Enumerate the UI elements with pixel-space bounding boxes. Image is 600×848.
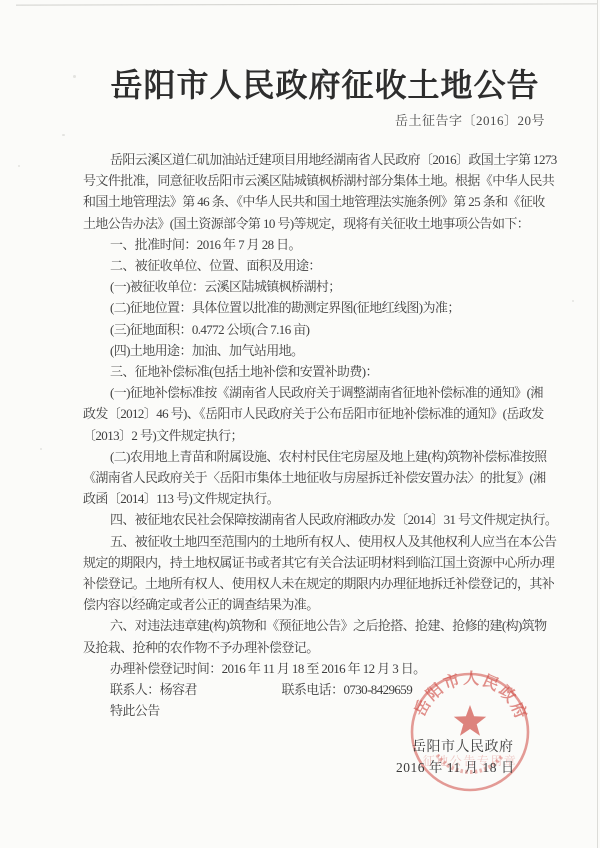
body-line: 《湖南省人民政府关于〈岳阳市集体土地征收与房屋拆迁补偿安置办法〉的批复》(湘 — [83, 467, 553, 488]
body-line: 〔2013〕2 号)文件规定执行； — [83, 425, 553, 446]
body-line: 政发〔2012〕46 号)、《岳阳市人民政府关于公布岳阳市征地补偿标准的通知》(… — [83, 403, 553, 424]
contact-person: 联系人：杨容君 — [110, 682, 197, 697]
government-seal: 岳阳市人民政府 征地公告专用章 — [404, 666, 536, 798]
body-line: 五、被征收土地四至范围内的土地所有权人、使用权人及其他权利人应当在本公告 — [83, 531, 553, 552]
body-line: 三、征地补偿标准(包括土地补偿和安置补助费)： — [83, 361, 553, 382]
document-number: 岳土征告字〔2016〕20号 — [0, 110, 600, 129]
body-line: (三)征地面积：0.4772 公顷(合 7.16 亩) — [83, 319, 553, 340]
body-line: 规定的期限内，持土地权属证书或者其它有关合法证明材料到临江国土资源中心所办理 — [83, 552, 553, 573]
announcement-body: 岳阳云溪区道仁矶加油站迁建项目用地经湖南省人民政府〔2016〕政国土字第 127… — [83, 149, 553, 721]
announcement-page: 岳阳市人民政府征收土地公告 岳土征告字〔2016〕20号 岳阳云溪区道仁矶加油站… — [0, 0, 600, 848]
body-line: (二)农用地上青苗和附属设施、农村村民住宅房屋及地上建(构)筑物补偿标准按照 — [83, 446, 553, 467]
scan-speck — [572, 300, 574, 302]
body-line: 及抢栽、抢种的农作物不予办理补偿登记。 — [83, 637, 553, 658]
body-line: (一)征地补偿标准按《湖南省人民政府关于调整湖南省征地补偿标准的通知》(湘 — [83, 382, 553, 403]
scan-speck — [18, 165, 20, 167]
body-line: (四)土地用途：加油、加气站用地。 — [83, 340, 553, 361]
body-line: 四、被征地农民社会保障按湖南省人民政府湘政办发〔2014〕31 号文件规定执行。 — [83, 509, 553, 530]
body-line: 补偿登记。土地所有权人、使用权人未在规定的期限内办理征地拆迁补偿登记的，其补 — [83, 573, 553, 594]
body-line: 政函〔2014〕113 号)文件规定执行。 — [83, 488, 553, 509]
body-line: (一)被征收单位：云溪区陆城镇枫桥湖村； — [83, 276, 553, 297]
body-line: 岳阳云溪区道仁矶加油站迁建项目用地经湖南省人民政府〔2016〕政国土字第 127… — [83, 149, 553, 170]
body-line: 六、对违法违章建(构)筑物和《预征地公告》之后抢搭、抢建、抢修的建(构)筑物 — [83, 615, 553, 636]
body-line: 一、批准时间：2016 年 7 月 28 日。 — [83, 234, 553, 255]
body-line: 二、被征收单位、位置、面积及用途： — [83, 255, 553, 276]
signature-issuer: 岳阳市人民政府 — [412, 736, 514, 756]
body-line: 和国土地管理法》第 46 条、《中华人民共和国土地管理法实施条例》第 25 条和… — [83, 191, 553, 212]
scan-speck — [40, 448, 42, 450]
signature-date: 2016 年 11 月 18 日 — [396, 756, 515, 776]
seal-star-icon — [454, 705, 486, 736]
scan-speck — [62, 134, 65, 136]
scan-edge-line-top — [16, 3, 598, 5]
body-line: 偿内容以经确定或者公正的调查结果为准。 — [83, 594, 553, 615]
body-lines: 岳阳云溪区道仁矶加油站迁建项目用地经湖南省人民政府〔2016〕政国土字第 127… — [83, 149, 553, 679]
contact-phone: 联系电话：0730-8429659 — [281, 682, 412, 697]
body-line: (二)征地位置：具体位置以批准的勘测定界图(征地红线图)为准； — [83, 297, 553, 318]
body-line: 土地公告办法》(国土资源部令第 10 号)等规定，现将有关征收土地事项公告如下： — [83, 213, 553, 234]
page-title: 岳阳市人民政府征收土地公告 — [0, 60, 600, 106]
body-line: 号文件批准，同意征收岳阳市云溪区陆城镇枫桥湖村部分集体土地。根据《中华人民共 — [83, 170, 553, 191]
